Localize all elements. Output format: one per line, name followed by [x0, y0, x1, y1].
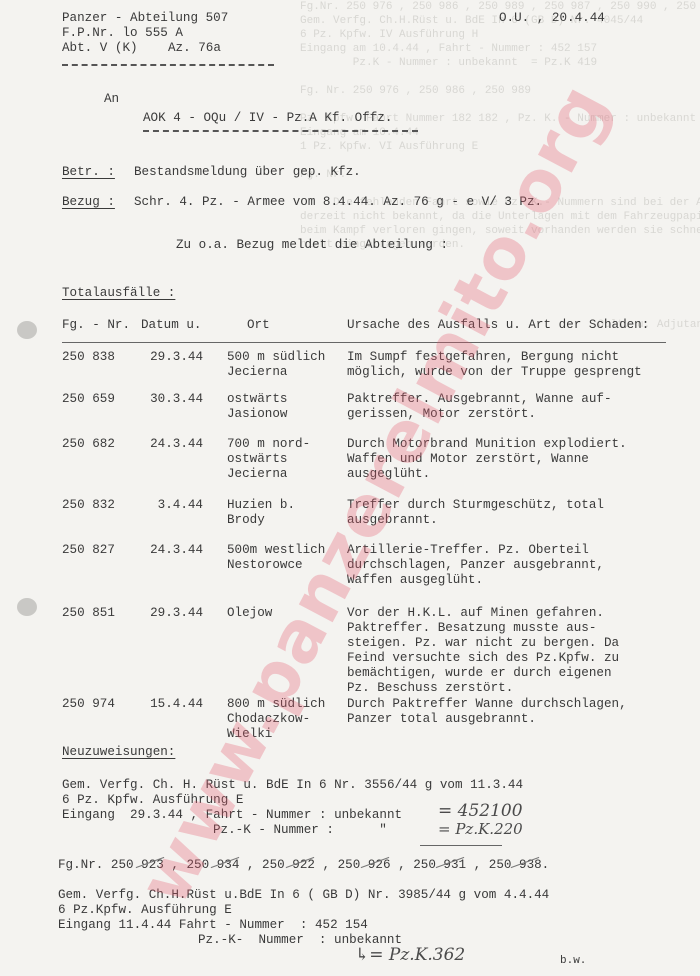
allocation-order-1: Gem. Verfg. Ch. H. Rüst u. BdE In 6 Nr. …	[62, 778, 523, 793]
loss-place: Huzien b.Brody	[227, 498, 295, 528]
column-header: Datum u.	[141, 318, 201, 333]
loss-date: 15.4.44	[141, 697, 203, 712]
loss-cause: Vor der H.K.L. auf Minen gefahren.Paktre…	[347, 606, 619, 696]
handwritten-fahrt-number: = 452100	[438, 801, 523, 821]
fg-number: 250 838	[62, 350, 115, 365]
allocation-arrival-2: Eingang 11.4.44 Fahrt - Nummer : 452 154	[58, 918, 368, 933]
continued-note: b.w.	[560, 954, 586, 969]
unit-name: Panzer - Abteilung 507	[62, 11, 228, 26]
fg-number: 250 974	[62, 697, 115, 712]
loss-date: 24.3.44	[141, 543, 203, 558]
loss-place: ostwärtsJasionow	[227, 392, 287, 422]
loss-date: 3.4.44	[141, 498, 203, 513]
table-rule	[62, 342, 666, 343]
loss-place: 700 m nord-ostwärtsJecierna	[227, 437, 310, 482]
handwritten-underline	[420, 845, 502, 846]
recipient-label: An	[104, 92, 119, 107]
loss-place: 500 m südlichJecierna	[227, 350, 325, 380]
divider	[143, 130, 418, 132]
fg-number: 250 832	[62, 498, 115, 513]
punch-hole	[17, 598, 37, 616]
loss-date: 29.3.44	[141, 350, 203, 365]
allocation-order-2: Gem. Verfg. Ch.H.Rüst u.BdE In 6 ( GB D)…	[58, 888, 549, 903]
recipient-address: AOK 4 - OQu / IV - Pz.A Kf. Offz.	[143, 111, 392, 126]
loss-cause: Durch Paktreffer Wanne durchschlagen,Pan…	[347, 697, 627, 727]
punch-hole	[17, 321, 37, 339]
divider	[62, 64, 274, 66]
intro-text: Zu o.a. Bezug meldet die Abteilung :	[176, 238, 448, 253]
place-date: O.U. , 20.4.44	[499, 11, 605, 26]
fg-number: 250 682	[62, 437, 115, 452]
handwritten-pzk-number-2: ↳= Pz.K.362	[355, 945, 465, 965]
allocation-vehicles-2: 6 Pz.Kpfw. Ausführung E	[58, 903, 232, 918]
column-header: Fg. - Nr.	[62, 318, 130, 333]
handwritten-pzk-number: = Pz.K.220	[438, 820, 523, 838]
document-page: Fg.Nr. 250 976 , 250 986 , 250 989 , 250…	[0, 0, 700, 976]
loss-date: 24.3.44	[141, 437, 203, 452]
losses-heading: Totalausfälle :	[62, 286, 175, 301]
fg-number: 250 659	[62, 392, 115, 407]
subject-text: Bestandsmeldung über gep. Kfz.	[134, 165, 361, 180]
fg-number: 250 851	[62, 606, 115, 621]
fp-number: F.P.Nr. lo 555 A	[62, 26, 183, 41]
loss-date: 29.3.44	[141, 606, 203, 621]
reference-label: Bezug :	[62, 195, 115, 210]
allocations-heading: Neuzuweisungen:	[62, 745, 175, 760]
column-header: Ort	[247, 318, 270, 333]
subject-label: Betr. :	[62, 165, 115, 180]
fg-number: 250 827	[62, 543, 115, 558]
department: Abt. V (K)	[62, 41, 138, 56]
loss-date: 30.3.44	[141, 392, 203, 407]
file-reference: Az. 76a	[168, 41, 221, 56]
